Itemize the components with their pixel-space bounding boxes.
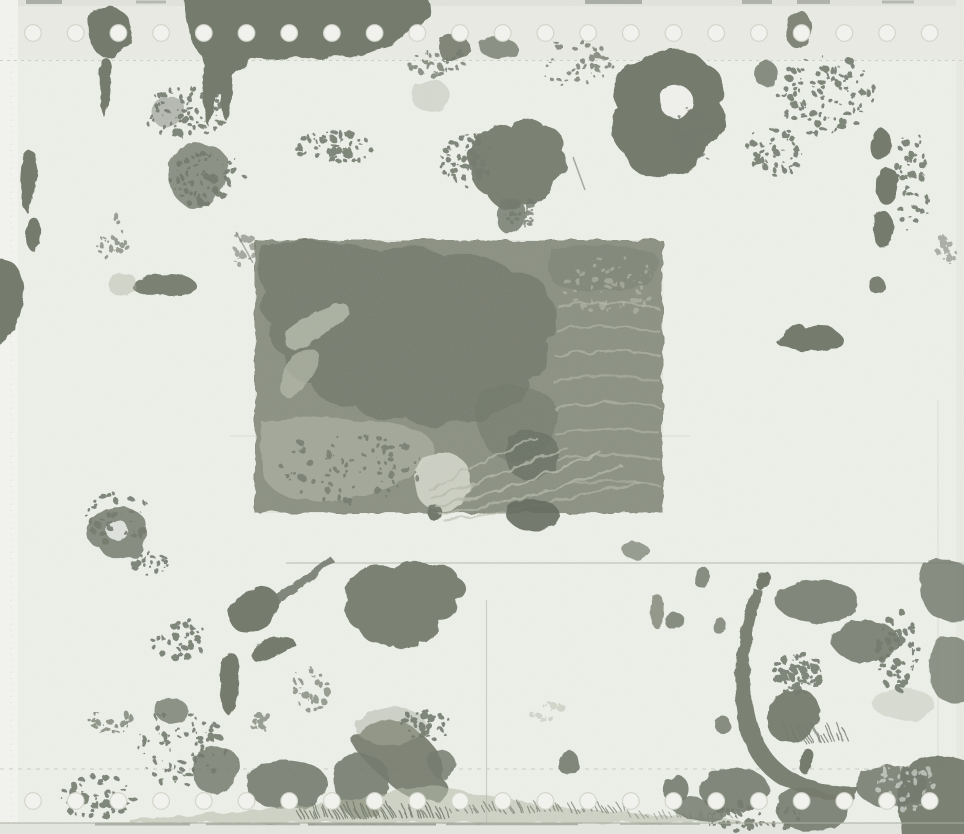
perforation-hole xyxy=(494,25,511,42)
ink-speckle xyxy=(550,709,551,711)
ink-speckle xyxy=(804,59,808,61)
ink-speckle xyxy=(234,260,237,261)
ink-speckle xyxy=(839,87,842,90)
ink-speckle xyxy=(106,493,112,497)
ink-speckle xyxy=(861,105,864,110)
ink-speckle xyxy=(168,87,171,93)
ink-speckle xyxy=(486,170,491,176)
ink-speckle xyxy=(169,179,172,183)
ink-speckle xyxy=(205,747,207,750)
ink-speckle xyxy=(865,87,869,96)
ink-speckle xyxy=(861,112,865,114)
ink-speckle xyxy=(122,730,124,732)
ink-speckle xyxy=(465,143,469,149)
ink-speckle xyxy=(902,191,906,197)
ink-speckle xyxy=(112,492,115,495)
ink-speckle xyxy=(940,239,947,247)
ink-speckle xyxy=(441,156,443,158)
ink-speckle xyxy=(932,784,937,791)
ink-speckle xyxy=(445,153,449,155)
perforation-hole xyxy=(281,25,298,42)
ink-speckle xyxy=(296,674,298,675)
ink-speckle xyxy=(524,221,527,226)
ink-speckle xyxy=(800,652,807,657)
ink-speckle xyxy=(937,252,939,256)
ink-speckle xyxy=(902,138,904,140)
ink-speckle xyxy=(766,160,768,162)
ink-speckle xyxy=(188,113,192,118)
ink-speckle xyxy=(907,641,912,647)
ink-speckle xyxy=(814,667,817,672)
ink-speckle xyxy=(198,124,204,128)
ink-speckle xyxy=(177,114,184,119)
ink-speckle xyxy=(181,645,187,650)
ink-speckle xyxy=(907,164,910,166)
ink-speckle xyxy=(138,510,140,511)
ink-speckle xyxy=(912,771,919,777)
ink-speckle xyxy=(236,257,238,258)
ink-speckle xyxy=(891,665,897,671)
ink-speckle xyxy=(179,760,187,764)
perforation-hole xyxy=(67,25,84,42)
ink-speckle xyxy=(321,698,327,705)
ink-speckle xyxy=(426,725,430,733)
ink-speckle xyxy=(158,778,163,784)
ink-speckle xyxy=(893,674,896,677)
ink-speckle xyxy=(773,668,778,674)
ink-speckle xyxy=(819,89,823,94)
ink-speckle xyxy=(888,671,894,677)
ink-speckle xyxy=(793,88,799,91)
ink-speckle xyxy=(169,764,173,769)
ink-speckle xyxy=(163,115,164,117)
ink-speckle xyxy=(121,788,127,791)
ink-speckle xyxy=(922,771,927,776)
ink-speckle xyxy=(179,187,181,189)
ink-speckle xyxy=(696,158,698,162)
ink-speckle xyxy=(174,125,177,129)
ink-speckle xyxy=(174,777,180,782)
ink-speckle xyxy=(446,57,449,64)
ink-speckle xyxy=(693,142,699,147)
ink-speckle xyxy=(913,778,917,785)
ink-speckle xyxy=(507,217,512,222)
ink-speckle xyxy=(208,188,212,191)
ink-speckle xyxy=(910,628,914,633)
perforation-hole xyxy=(751,25,768,42)
ink-speckle xyxy=(198,754,204,758)
ink-speckle xyxy=(97,795,99,796)
ink-speckle xyxy=(89,813,94,820)
ink-speckle xyxy=(484,171,486,173)
ink-speckle xyxy=(745,143,749,147)
ink-speckle xyxy=(191,155,194,158)
ink-speckle xyxy=(772,166,775,172)
ink-speckle xyxy=(768,141,771,143)
ink-speckle xyxy=(685,126,689,130)
ink-speckle xyxy=(774,662,779,666)
ink-speckle xyxy=(871,97,874,103)
ink-speckle xyxy=(178,642,182,646)
ink-speckle xyxy=(99,532,106,536)
ink-speckle xyxy=(438,71,444,76)
ink-speckle xyxy=(130,798,136,802)
ink-speckle xyxy=(149,566,152,568)
ink-speckle xyxy=(480,169,484,173)
ink-speckle xyxy=(162,124,165,129)
ink-speckle xyxy=(869,87,872,91)
ink-speckle xyxy=(209,90,217,98)
ink-speckle xyxy=(585,44,592,48)
ink-speckle xyxy=(549,62,552,64)
ink-speckle xyxy=(921,208,924,212)
perforation-hole xyxy=(25,25,42,42)
ink-speckle xyxy=(184,658,186,661)
ink-speckle xyxy=(233,247,236,251)
ink-speckle xyxy=(439,165,442,168)
ink-speckle xyxy=(448,719,450,723)
ink-speckle xyxy=(830,67,834,74)
ink-speckle xyxy=(547,702,551,705)
ink-speckle xyxy=(180,99,183,103)
ink-speckle xyxy=(887,640,892,647)
ink-speckle xyxy=(920,773,922,776)
ink-speckle xyxy=(826,75,829,79)
perforation-hole xyxy=(409,25,426,42)
ink-speckle xyxy=(264,729,266,732)
ink-speckle xyxy=(420,711,428,720)
ink-speckle xyxy=(799,666,806,672)
ink-speckle xyxy=(203,157,206,161)
ink-speckle xyxy=(166,110,171,113)
ink-speckle xyxy=(557,78,561,81)
ink-speckle xyxy=(196,121,199,124)
ink-speckle xyxy=(834,67,838,75)
ink-speckle xyxy=(430,73,437,79)
ink-speckle xyxy=(347,131,355,139)
ink-speckle xyxy=(128,497,135,501)
ink-speckle xyxy=(309,666,311,668)
ink-speckle xyxy=(784,675,789,680)
ink-speckle xyxy=(458,50,463,57)
ink-speckle xyxy=(469,163,474,168)
ink-speckle xyxy=(916,647,921,650)
ink-speckle xyxy=(309,668,313,673)
ink-speckle xyxy=(185,773,193,776)
ink-speckle xyxy=(822,115,826,120)
ink-speckle xyxy=(925,195,929,201)
ink-speckle xyxy=(114,212,118,214)
ink-speckle xyxy=(427,51,429,56)
ink-speckle xyxy=(186,95,191,101)
ink-speckle xyxy=(879,771,883,776)
ink-speckle xyxy=(603,64,607,68)
ink-speckle xyxy=(791,158,794,161)
ink-speckle xyxy=(358,139,361,142)
ink-speckle xyxy=(801,153,802,155)
ink-speckle xyxy=(473,179,475,181)
ink-speckle xyxy=(898,609,905,616)
ink-speckle xyxy=(82,813,86,817)
ink-speckle xyxy=(265,713,270,719)
ink-speckle xyxy=(205,763,208,766)
perforation-hole xyxy=(238,793,255,810)
ink-speckle xyxy=(893,162,899,169)
ink-speckle xyxy=(797,105,800,109)
ink-speckle xyxy=(193,126,197,130)
ink-speckle xyxy=(123,710,129,719)
ink-speckle xyxy=(909,667,910,669)
ink-speckle xyxy=(819,102,823,107)
ink-speckle xyxy=(188,620,192,625)
ink-speckle xyxy=(829,98,833,103)
perforation-hole xyxy=(153,793,170,810)
ink-speckle xyxy=(216,192,224,198)
ink-speckle xyxy=(877,780,878,782)
ink-speckle xyxy=(160,555,166,558)
ink-speckle xyxy=(878,641,882,643)
ink-speckle xyxy=(506,199,511,203)
ink-speckle xyxy=(666,135,671,140)
ink-speckle xyxy=(863,71,865,72)
ink-speckle xyxy=(773,145,778,153)
ink-speckle xyxy=(157,560,160,565)
ink-speckle xyxy=(121,513,122,514)
ink-speckle xyxy=(211,738,215,742)
ink-speckle xyxy=(900,217,905,222)
ink-speckle xyxy=(414,54,417,56)
ink-speckle xyxy=(804,672,808,678)
perforation-hole xyxy=(110,793,127,810)
ink-speckle xyxy=(698,108,702,113)
ink-speckle xyxy=(324,688,332,697)
ink-speckle xyxy=(298,152,304,157)
ink-speckle xyxy=(197,631,199,634)
ink-speckle xyxy=(918,174,923,181)
ink-speckle xyxy=(835,101,839,105)
ink-speckle xyxy=(144,501,146,503)
ink-speckle xyxy=(909,664,911,666)
ink-speckle xyxy=(80,784,82,786)
perforation-hole xyxy=(196,793,213,810)
perforation-hole xyxy=(153,25,170,42)
ink-speckle xyxy=(190,752,194,756)
ink-speckle xyxy=(182,110,188,114)
ink-speckle xyxy=(797,68,800,71)
ink-speckle xyxy=(800,77,801,79)
ink-speckle xyxy=(233,171,235,173)
ink-speckle xyxy=(793,150,798,157)
ink-speckle xyxy=(199,92,206,100)
ink-speckle xyxy=(435,52,439,57)
ink-speckle xyxy=(820,96,823,99)
ink-speckle xyxy=(415,712,418,715)
ink-speckle xyxy=(741,824,744,827)
ink-speckle xyxy=(449,141,454,146)
ink-speckle xyxy=(548,717,554,721)
ink-speckle xyxy=(299,693,301,694)
ink-speckle xyxy=(204,194,207,198)
ink-speckle xyxy=(809,109,817,117)
ink-speckle xyxy=(891,620,893,626)
ink-speckle xyxy=(160,650,166,657)
ink-speckle xyxy=(888,632,896,636)
ink-speckle xyxy=(686,116,692,121)
ink-speckle xyxy=(756,824,758,827)
ink-speckle xyxy=(198,740,203,743)
ink-speckle xyxy=(520,212,522,213)
ink-speckle xyxy=(809,674,812,678)
ink-speckle xyxy=(94,797,97,799)
ink-speckle xyxy=(525,226,527,229)
ink-speckle xyxy=(826,72,828,76)
ink-speckle xyxy=(176,129,184,136)
ink-speckle xyxy=(458,136,464,141)
ink-speckle xyxy=(224,169,231,174)
ink-speckle xyxy=(529,217,531,219)
ink-speckle xyxy=(214,128,217,131)
ink-speckle xyxy=(178,171,179,173)
ink-speckle xyxy=(879,643,881,645)
ink-speckle xyxy=(448,67,454,70)
ink-speckle xyxy=(947,250,951,254)
ink-speckle xyxy=(122,239,126,243)
ink-speckle xyxy=(888,777,889,778)
ink-speckle xyxy=(138,530,142,538)
ink-speckle xyxy=(903,140,911,148)
ink-speckle xyxy=(71,783,78,791)
ink-speckle xyxy=(895,178,897,179)
ink-speckle xyxy=(143,736,147,742)
ink-speckle xyxy=(171,632,178,640)
ink-speckle xyxy=(906,787,908,788)
ink-speckle xyxy=(546,705,548,707)
ink-speckle xyxy=(573,47,579,51)
ink-speckle xyxy=(591,73,592,74)
ink-speckle xyxy=(763,163,768,171)
ink-speckle xyxy=(467,165,469,168)
ink-speckle xyxy=(292,687,297,694)
ink-speckle xyxy=(116,221,121,225)
ink-speckle xyxy=(88,718,91,721)
ink-speckle xyxy=(443,170,446,174)
ink-speckle xyxy=(804,691,805,693)
scanned-print-page xyxy=(0,0,964,834)
ink-speckle xyxy=(112,730,116,732)
ink-speckle xyxy=(601,74,603,77)
ink-speckle xyxy=(801,683,804,685)
ink-speckle xyxy=(187,642,195,649)
ink-speckle xyxy=(78,777,84,782)
ink-speckle xyxy=(313,138,315,140)
ink-speckle xyxy=(308,698,309,700)
ink-speckle xyxy=(188,190,192,194)
ink-speckle xyxy=(771,172,775,175)
ink-speckle xyxy=(442,57,445,60)
perforation-hole xyxy=(921,793,938,810)
ink-speckle xyxy=(200,116,202,118)
ink-speckle xyxy=(101,237,103,240)
ink-speckle xyxy=(783,86,788,91)
ink-speckle xyxy=(445,67,448,71)
ink-speckle xyxy=(769,136,774,141)
ink-speckle xyxy=(223,112,228,115)
ink-speckle xyxy=(894,176,896,179)
ink-speckle xyxy=(123,784,126,786)
ink-speckle xyxy=(161,635,163,641)
ink-speckle xyxy=(314,675,315,676)
ink-speckle xyxy=(443,734,447,736)
ink-speckle xyxy=(191,722,194,726)
ink-speckle xyxy=(796,658,799,661)
ink-speckle xyxy=(210,152,211,154)
ink-speckle xyxy=(456,65,459,70)
ink-speckle xyxy=(113,497,118,504)
ink-speckle xyxy=(900,171,902,174)
ink-speckle xyxy=(178,648,181,651)
ink-speckle xyxy=(837,126,839,129)
ink-speckle xyxy=(161,105,162,106)
ink-speckle xyxy=(920,163,924,168)
ink-speckle xyxy=(941,256,943,258)
ink-speckle xyxy=(899,796,905,802)
ink-speckle xyxy=(899,208,904,211)
ink-speckle xyxy=(167,734,170,737)
ink-speckle xyxy=(156,106,159,110)
ink-speckle xyxy=(790,100,798,108)
ink-speckle xyxy=(202,628,204,630)
ink-speckle xyxy=(686,143,689,147)
ink-speckle xyxy=(788,131,791,134)
ink-speckle xyxy=(207,106,214,112)
ink-speckle xyxy=(164,567,166,568)
ink-speckle xyxy=(830,80,832,81)
ink-speckle xyxy=(586,80,589,83)
ink-speckle xyxy=(305,707,310,712)
ink-speckle xyxy=(785,134,792,139)
ink-speckle xyxy=(928,767,931,773)
ink-speckle xyxy=(189,131,193,136)
ink-speckle xyxy=(900,680,906,687)
ink-speckle xyxy=(781,150,784,152)
ink-speckle xyxy=(143,563,146,566)
ink-speckle xyxy=(820,67,826,71)
ink-speckle xyxy=(204,121,205,123)
ink-speckle xyxy=(828,117,830,118)
ink-speckle xyxy=(476,153,480,157)
perforation-hole xyxy=(537,25,554,42)
ink-speckle xyxy=(223,172,225,174)
ink-speckle xyxy=(818,661,821,664)
ink-speckle xyxy=(783,163,786,164)
ink-speckle xyxy=(134,531,135,533)
ink-speckle xyxy=(298,701,300,704)
ink-speckle xyxy=(900,762,904,770)
ink-speckle xyxy=(544,715,546,717)
ink-speckle xyxy=(346,147,352,154)
ink-speckle xyxy=(181,176,184,182)
ink-speckle xyxy=(119,249,123,254)
ink-speckle xyxy=(858,109,861,112)
ink-speckle xyxy=(792,83,796,87)
ink-speckle xyxy=(515,217,519,221)
ink-speckle xyxy=(210,723,213,730)
ink-speckle xyxy=(790,166,794,168)
ink-speckle xyxy=(446,160,449,161)
ink-speckle xyxy=(209,113,212,118)
ink-speckle xyxy=(699,152,706,157)
ink-speckle xyxy=(576,64,580,70)
